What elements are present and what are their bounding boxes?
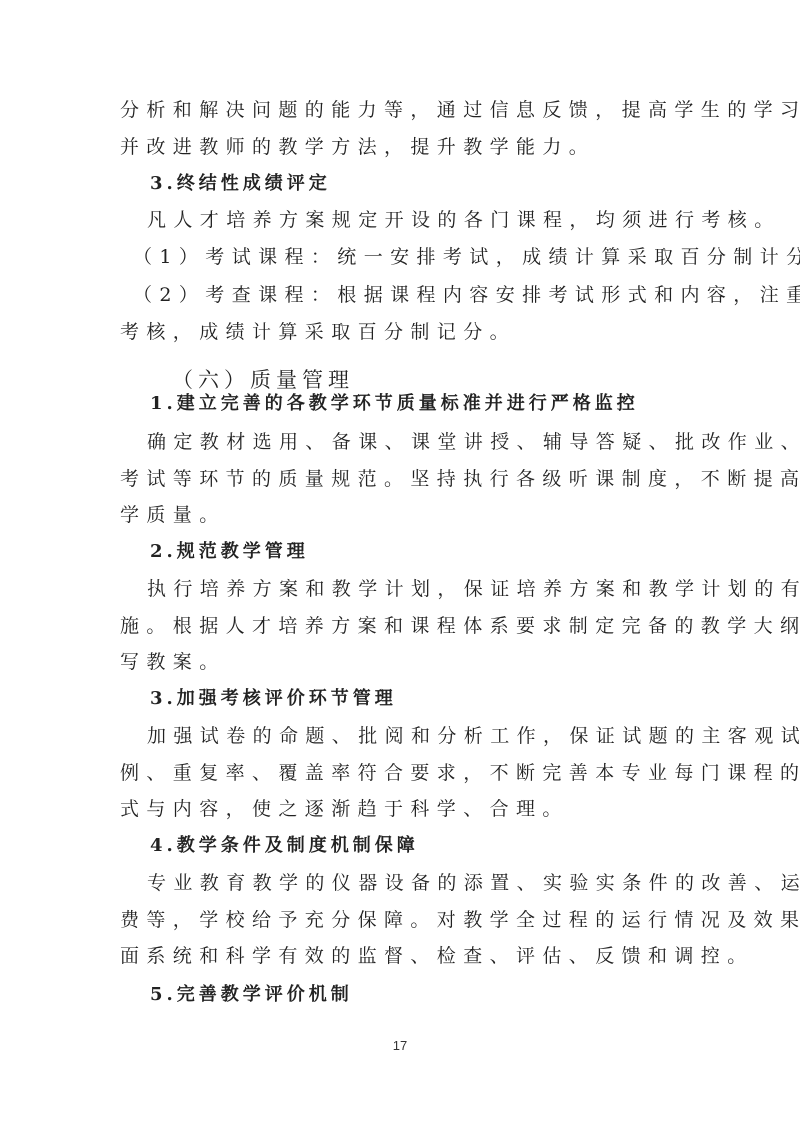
body-line: 分析和解决问题的能力等，通过信息反馈，提高学生的学习效果， — [120, 98, 800, 122]
subheading-1-quality-standards: 1.建立完善的各教学环节质量标准并进行严格监控 — [150, 392, 639, 416]
body-line: 执行培养方案和教学计划，保证培养方案和教学计划的有效实 — [147, 577, 800, 601]
body-line: 并改进教师的教学方法，提升教学能力。 — [120, 135, 595, 159]
body-line: 写教案。 — [120, 650, 226, 674]
subheading-2-teaching-management: 2.规范教学管理 — [150, 540, 309, 564]
body-line: 加强试卷的命题、批阅和分析工作，保证试题的主客观试题比 — [147, 724, 800, 748]
body-line: 考试等环节的质量规范。坚持执行各级听课制度，不断提高课堂教 — [120, 467, 800, 491]
body-line: 施。根据人才培养方案和课程体系要求制定完备的教学大纲,认真编 — [120, 614, 800, 638]
body-line: 费等，学校给予充分保障。对教学全过程的运行情况及效果实行全 — [120, 908, 800, 932]
subheading-3-assessment-management: 3.加强考核评价环节管理 — [150, 687, 397, 711]
body-line: 面系统和科学有效的监督、检查、评估、反馈和调控。 — [120, 944, 754, 968]
subheading-4-teaching-conditions: 4.教学条件及制度机制保障 — [150, 834, 419, 858]
body-line: 式与内容，使之逐渐趋于科学、合理。 — [120, 797, 569, 821]
body-line: 凡人才培养方案规定开设的各门课程，均须进行考核。 — [147, 208, 781, 232]
page-number: 17 — [0, 1038, 800, 1053]
section-title-quality-management: （六）质量管理 — [172, 364, 354, 394]
body-line: 学质量。 — [120, 503, 226, 527]
body-line: 例、重复率、覆盖率符合要求，不断完善本专业每门课程的考核方 — [120, 761, 800, 785]
body-line: 考核，成绩计算采取百分制记分。 — [120, 320, 516, 344]
body-line: 确定教材选用、备课、课堂讲授、辅导答疑、批改作业、测验 — [147, 430, 800, 454]
list-item-exam-courses: （1）考试课程：统一安排考试，成绩计算采取百分制计分。 — [133, 245, 800, 269]
subheading-5-evaluation-mechanism: 5.完善教学评价机制 — [150, 983, 353, 1007]
list-item-assessment-courses: （2）考查课程：根据课程内容安排考试形式和内容，注重过程性 — [133, 283, 800, 307]
body-line: 专业教育教学的仪器设备的添置、实验实条件的改善、运行经 — [147, 871, 800, 895]
subheading-3-summative-grading: 3.终结性成绩评定 — [150, 172, 331, 196]
